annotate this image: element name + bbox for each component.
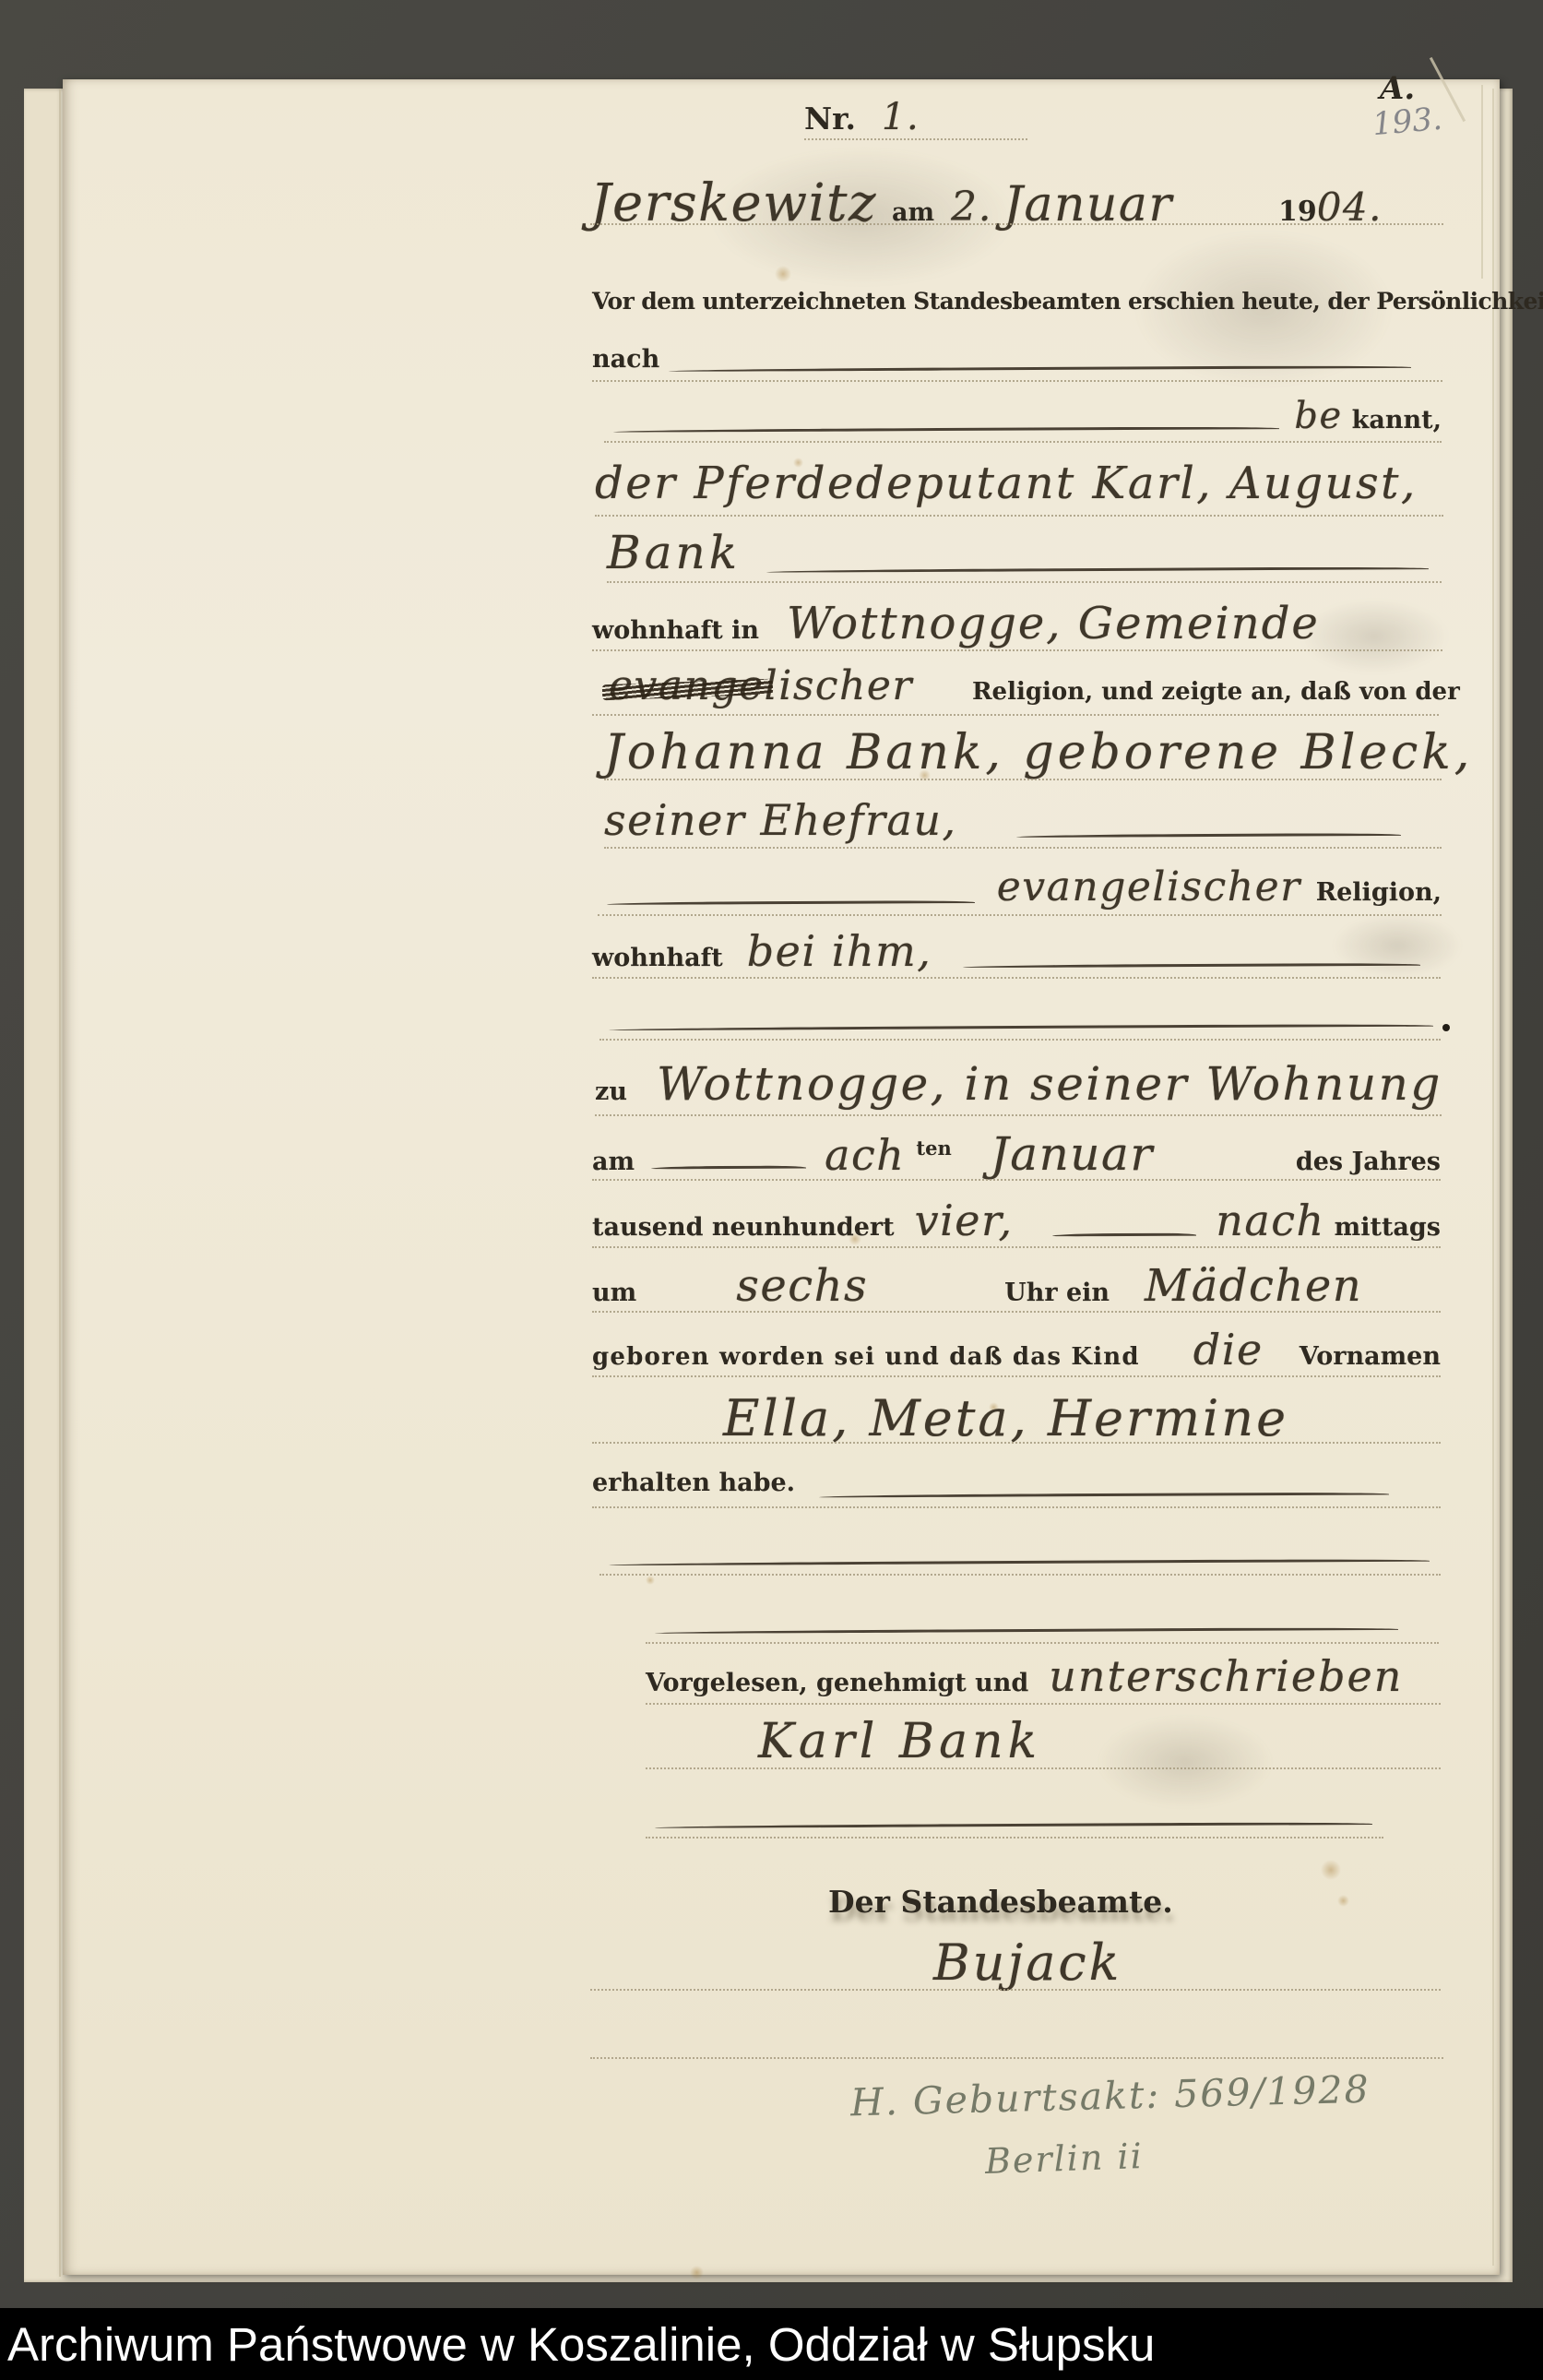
birth-day-written: ach: [825, 1130, 905, 1180]
year-word-written: vier,: [915, 1196, 1014, 1245]
declarant-line: der Pferdedeputant Karl, August,: [595, 458, 1443, 517]
corner-page-number: 193.: [1371, 101, 1443, 143]
declarant-surname-written: Bank: [607, 526, 741, 579]
closing-label: Vorgelesen, genehmigt und: [646, 1669, 1028, 1697]
filler-stroke: [607, 900, 975, 905]
kannt-label: kannt,: [1352, 406, 1442, 434]
place-date-line: Jerskewitz am 2. Januar 19 04.: [590, 173, 1443, 225]
nach-written: nach: [1216, 1196, 1324, 1245]
die-written: die: [1193, 1325, 1264, 1374]
filler-stroke: [1052, 1232, 1196, 1236]
bekannt-line: be kannt,: [604, 395, 1442, 443]
filler-stroke: [655, 1822, 1372, 1828]
residence2-line: wohnhaft bei ihm,: [592, 926, 1441, 979]
day-written: 2.: [951, 184, 992, 231]
blank-line: [599, 1006, 1441, 1041]
given-names-line: Ella, Meta, Hermine: [592, 1389, 1441, 1444]
filler-stroke: [963, 962, 1420, 968]
page-stack-edge-corner: [1481, 85, 1483, 279]
mother-religion-line: evangelischer Religion,: [598, 863, 1442, 916]
ten-label: ten: [916, 1136, 951, 1160]
binding-gutter-line: [59, 89, 61, 2277]
nach-label: nach: [592, 345, 659, 374]
registrar-signature: Bujack: [933, 1934, 1122, 1992]
declarant-signature-line: Karl Bank: [646, 1714, 1441, 1769]
page-stack-edge-right: [1492, 89, 1494, 2266]
archive-caption-bar: Archiwum Państwowe w Koszalinie, Oddział…: [0, 2308, 1543, 2380]
be-written: be: [1294, 395, 1342, 437]
record-number-line: Nr. 1.: [804, 96, 1027, 140]
uhr-ein-label: Uhr ein: [1004, 1279, 1110, 1307]
filler-stroke: [669, 365, 1411, 373]
child-names-intro-line: geboren worden sei und daß das Kind die …: [592, 1325, 1441, 1377]
declarant-surname-line: Bank: [607, 526, 1442, 583]
filler-stroke: [1016, 833, 1401, 839]
blank-line: [599, 1539, 1441, 1576]
foxing-spot: [775, 266, 791, 282]
child-sex-written: Mädchen: [1145, 1260, 1362, 1312]
intro-line: Vor dem unterzeichneten Standesbeamten e…: [592, 288, 1445, 321]
birth-time-line: um sechs Uhr ein Mädchen: [592, 1260, 1441, 1313]
blank-line: [646, 1801, 1383, 1839]
mother-relation-written: seiner Ehefrau,: [604, 795, 957, 845]
blank-line: [646, 1607, 1439, 1644]
mittags-label: mittags: [1335, 1213, 1441, 1242]
erhalten-line: erhalten habe.: [592, 1469, 1441, 1508]
religion-line: evangelischer Religion, und zeigte an, d…: [592, 662, 1439, 716]
birth-month-written: Januar: [991, 1127, 1154, 1181]
year-written: 04.: [1317, 184, 1383, 230]
zu-label: zu: [595, 1077, 627, 1106]
intro-text: Vor dem unterzeichneten Standesbeamten e…: [592, 288, 1543, 315]
hour-written: sechs: [736, 1260, 868, 1312]
filler-stroke: [609, 1558, 1430, 1565]
foxing-spot: [690, 2266, 704, 2279]
residence2-written: bei ihm,: [747, 926, 932, 976]
filler-stroke: [819, 1492, 1389, 1498]
birth-date-line: am ach ten Januar des Jahres: [592, 1127, 1441, 1181]
registrar-title: Der Standesbeamte.: [828, 1884, 1173, 1920]
religion-struck-written: evangelischer: [609, 662, 913, 709]
am2-label: am: [592, 1148, 635, 1176]
declarant-written: der Pferdedeputant Karl, August,: [595, 458, 1418, 509]
geboren-label: geboren worden sei und daß das Kind: [592, 1343, 1140, 1371]
mother-relation-line: seiner Ehefrau,: [604, 795, 1442, 849]
closing-written: unterschrieben: [1049, 1651, 1403, 1701]
registrar-signature-line: Bujack: [590, 1934, 1441, 1991]
wohnhaft-label: wohnhaft: [592, 944, 723, 972]
birth-place-written: Wottnogge, in seiner Wohnung: [657, 1057, 1442, 1111]
month-written: Januar: [1003, 177, 1173, 232]
am-label: am: [892, 198, 934, 227]
wohnhaft-in-label: wohnhaft in: [592, 616, 759, 645]
blank-dotted-rule: [590, 2053, 1443, 2059]
ink-dot: [1442, 1024, 1450, 1031]
filler-stroke: [613, 426, 1279, 433]
nach-line: nach: [592, 345, 1442, 382]
mother-line: Johanna Bank, geborene Bleck,: [604, 725, 1442, 780]
closing-line: Vorgelesen, genehmigt und unterschrieben: [646, 1651, 1441, 1705]
filler-stroke: [655, 1626, 1398, 1634]
tausend-label: tausend neunhundert: [592, 1213, 895, 1242]
vornamen-label: Vornamen: [1300, 1342, 1441, 1371]
mother-religion-written: evangelischer: [997, 863, 1301, 910]
archive-caption-text: Archiwum Państwowe w Koszalinie, Oddział…: [0, 2317, 1155, 2372]
religion-label: Religion, und zeigte an, daß von der: [972, 678, 1460, 706]
year-printed: 19: [1278, 196, 1317, 228]
filler-stroke: [651, 1165, 806, 1169]
record-number-value: 1.: [882, 96, 920, 138]
residence-line: wohnhaft in Wottnogge, Gemeinde: [592, 598, 1442, 651]
residence-written: Wottnogge, Gemeinde: [787, 598, 1320, 649]
given-names-written: Ella, Meta, Hermine: [723, 1389, 1288, 1447]
birth-place-line: zu Wottnogge, in seiner Wohnung: [595, 1057, 1442, 1116]
des-jahres-label: des Jahres: [1296, 1148, 1441, 1176]
place-written: Jerskewitz: [590, 173, 877, 233]
birth-year-line: tausend neunhundert vier, nach mittags: [592, 1196, 1441, 1248]
filler-stroke: [766, 566, 1429, 573]
declarant-signature: Karl Bank: [758, 1714, 1041, 1769]
religion2-label: Religion,: [1316, 878, 1442, 907]
foxing-spot: [646, 1576, 655, 1585]
filler-stroke: [609, 1023, 1433, 1030]
marginal-note-place: Berlin ii: [984, 2136, 1144, 2182]
record-number-label: Nr.: [804, 101, 856, 137]
registrar-title-line: Der Standesbeamte.: [590, 1884, 1443, 1922]
foxing-spot: [1321, 1860, 1341, 1880]
erhalten-label: erhalten habe.: [592, 1469, 795, 1497]
corner-series-letter: A.: [1380, 70, 1415, 107]
um-label: um: [592, 1279, 636, 1307]
mother-written: Johanna Bank, geborene Bleck,: [604, 725, 1473, 780]
